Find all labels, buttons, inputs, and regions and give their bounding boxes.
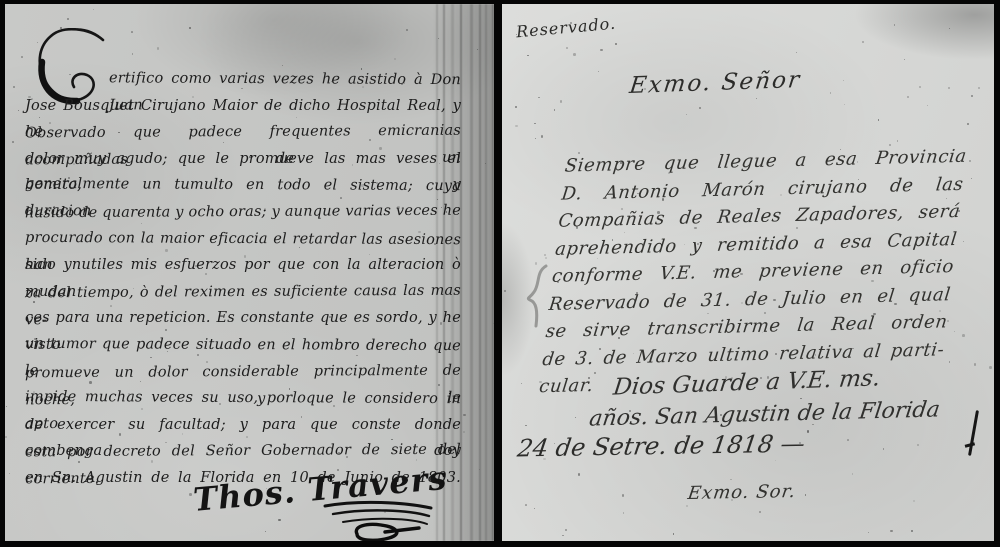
paper-speck xyxy=(525,504,527,506)
binding-gutter-shadow xyxy=(432,4,494,541)
manuscript-line: generalmente un tumulto en todo el siste… xyxy=(25,171,461,200)
paper-speck xyxy=(756,98,757,99)
scanned-manuscript-spread: ertifico como varias vezes he asistido à… xyxy=(0,0,1000,547)
paper-speck xyxy=(775,460,776,461)
paper-speck xyxy=(131,31,133,33)
pen-mark xyxy=(968,410,979,456)
paper-speck xyxy=(578,152,580,154)
paper-speck xyxy=(805,494,807,496)
paper-speck xyxy=(578,473,581,476)
paper-speck xyxy=(333,405,335,407)
paper-speck xyxy=(535,138,536,139)
paper-speck xyxy=(249,156,251,158)
paper-speck xyxy=(969,160,972,163)
paper-speck xyxy=(151,460,153,462)
manuscript-line: un tumor que padece situado en el hombro… xyxy=(25,331,461,360)
paper-speck xyxy=(720,414,722,416)
paper-speck xyxy=(69,74,70,75)
paper-speck xyxy=(565,529,567,531)
paper-speck xyxy=(189,27,191,29)
paper-speck xyxy=(13,86,15,88)
paper-speck xyxy=(538,97,539,98)
paper-speck xyxy=(927,105,929,107)
paper-speck xyxy=(878,119,880,121)
paper-speck xyxy=(673,533,674,534)
paper-speck xyxy=(543,458,545,460)
paper-speck xyxy=(93,9,94,10)
signature-rubric-flourish-icon xyxy=(323,498,435,541)
paper-speck xyxy=(962,334,965,337)
paper-speck xyxy=(830,92,832,94)
paper-speck xyxy=(731,80,732,81)
paper-speck xyxy=(338,452,340,454)
paper-speck xyxy=(50,399,51,400)
paper-speck xyxy=(493,323,494,324)
paper-speck xyxy=(329,316,331,318)
paper-speck xyxy=(195,265,197,267)
paper-speck xyxy=(197,354,199,356)
paper-speck xyxy=(686,505,688,507)
paper-speck xyxy=(636,292,638,294)
paper-speck xyxy=(974,363,977,366)
paper-speck xyxy=(599,348,601,350)
paper-speck xyxy=(894,303,896,305)
paper-speck xyxy=(897,140,899,142)
right-page-scan: Reservado. Exmo. Señor Siempre que llegu… xyxy=(502,4,994,541)
paper-speck xyxy=(67,18,69,20)
paper-speck xyxy=(562,535,564,537)
paper-speck xyxy=(573,53,576,56)
manuscript-line: Jose Bousquet Cirujano Maior de dicho Ho… xyxy=(25,93,461,120)
manuscript-line: ertifico como varias vezes he asistido à… xyxy=(25,65,461,94)
left-page-scan: ertifico como varias vezes he asistido à… xyxy=(5,4,494,541)
paper-speck xyxy=(873,313,875,315)
paper-speck xyxy=(868,532,869,533)
paper-speck xyxy=(376,182,378,184)
paper-speck xyxy=(254,315,256,317)
paper-speck xyxy=(165,249,167,251)
paper-speck xyxy=(340,197,342,199)
paper-speck xyxy=(775,353,777,355)
paper-speck xyxy=(289,388,290,389)
paper-speck xyxy=(807,430,810,433)
paper-speck xyxy=(948,87,950,89)
paper-speck xyxy=(725,376,727,378)
paper-speck xyxy=(243,398,245,400)
paper-speck xyxy=(560,100,563,103)
manuscript-line: Observado que padece frequentes emicrani… xyxy=(25,118,461,147)
paper-speck xyxy=(629,410,631,412)
manuscript-line: ces para una repeticion. Es constante qu… xyxy=(25,305,461,332)
closing-line-date: 24 de Setre. de 1818 — xyxy=(516,430,807,463)
paper-speck xyxy=(694,227,697,230)
paper-speck xyxy=(575,417,576,418)
paper-speck xyxy=(369,139,371,141)
paper-speck xyxy=(971,178,973,180)
paper-speck xyxy=(686,114,687,115)
paper-speck xyxy=(989,366,992,369)
paper-speck xyxy=(436,482,438,484)
paper-speck xyxy=(192,96,194,98)
paper-speck xyxy=(954,331,955,332)
paper-speck xyxy=(406,29,408,31)
paper-speck xyxy=(967,123,969,125)
paper-speck xyxy=(917,444,919,446)
manuscript-line: procurado con la maior eficacia el retar… xyxy=(25,224,461,253)
paper-speck xyxy=(800,398,802,400)
paper-speck xyxy=(890,530,892,532)
paper-speck xyxy=(265,531,266,532)
paper-speck xyxy=(566,47,568,49)
letter-text-block: Siempre que llegue a esa Provincia D. An… xyxy=(538,143,969,401)
manuscript-line: za del tiempo, ò del reximen es suficien… xyxy=(25,277,461,306)
paper-speck xyxy=(600,49,602,51)
paper-speck xyxy=(9,473,10,474)
paper-speck xyxy=(699,107,701,109)
paper-speck xyxy=(479,469,480,470)
paper-speck xyxy=(730,479,731,480)
paper-speck xyxy=(760,377,762,379)
paper-speck xyxy=(741,302,743,304)
paper-speck xyxy=(352,164,354,166)
paper-speck xyxy=(907,96,909,98)
paper-speck xyxy=(780,194,782,196)
paper-speck xyxy=(657,211,660,214)
paper-speck xyxy=(527,55,529,57)
paper-speck xyxy=(545,257,547,259)
paper-speck xyxy=(594,372,596,374)
paper-speck xyxy=(504,290,506,292)
paper-speck xyxy=(618,337,620,339)
paper-speck xyxy=(894,24,895,25)
paper-speck xyxy=(31,98,33,100)
paper-speck xyxy=(440,322,442,324)
paper-speck xyxy=(463,414,466,417)
paper-speck xyxy=(264,208,267,211)
manuscript-line: hasido de quarenta y ocho oras; y aunque… xyxy=(25,198,461,227)
paper-speck xyxy=(21,56,23,58)
paper-speck xyxy=(231,320,233,322)
paper-speck xyxy=(731,499,732,500)
paper-speck xyxy=(947,320,949,322)
paper-speck xyxy=(301,416,302,417)
paper-speck xyxy=(623,512,625,514)
paper-speck xyxy=(773,299,775,301)
paper-speck xyxy=(515,106,517,108)
paper-speck xyxy=(362,86,364,88)
paper-speck xyxy=(544,254,546,256)
paper-speck xyxy=(615,43,617,45)
paper-speck xyxy=(645,391,647,393)
paper-speck xyxy=(379,147,381,149)
paper-speck xyxy=(759,511,761,513)
paper-speck xyxy=(598,71,599,72)
paper-speck xyxy=(397,206,399,208)
paper-speck xyxy=(911,530,913,532)
manuscript-line: esta por decreto del Señor Gobernador de… xyxy=(25,437,461,466)
paper-speck xyxy=(521,36,522,37)
paper-speck xyxy=(534,123,536,125)
paper-speck xyxy=(132,53,134,55)
paper-speck xyxy=(438,384,439,385)
paper-speck xyxy=(843,80,844,81)
paper-speck xyxy=(157,47,159,49)
paper-speck xyxy=(418,231,421,234)
paper-speck xyxy=(622,494,625,497)
paper-speck xyxy=(576,226,578,228)
paper-speck xyxy=(597,258,598,259)
paper-speck xyxy=(862,41,865,44)
paper-speck xyxy=(33,301,35,303)
paper-speck xyxy=(919,86,921,88)
paper-speck xyxy=(206,361,208,363)
paper-speck xyxy=(913,500,915,502)
certificate-text-block: ertifico como varias vezes he asistido à… xyxy=(25,66,461,492)
paper-speck xyxy=(796,52,797,53)
paper-speck xyxy=(852,473,853,474)
paper-speck xyxy=(963,241,965,243)
paper-speck xyxy=(534,508,535,509)
paper-speck xyxy=(296,117,297,118)
paper-speck xyxy=(847,439,849,441)
paper-speck xyxy=(246,436,248,438)
paper-speck xyxy=(539,381,542,384)
paper-speck xyxy=(541,135,544,138)
paper-speck xyxy=(883,448,885,450)
paper-speck xyxy=(361,184,363,186)
addressee-line: Exmo. Sor. xyxy=(686,481,797,504)
paper-speck xyxy=(278,519,281,522)
paper-speck xyxy=(978,87,980,89)
manuscript-line: de exercer su facultad; y para que const… xyxy=(25,412,461,439)
paper-speck xyxy=(949,361,951,363)
paper-speck xyxy=(110,305,112,307)
paper-speck xyxy=(68,177,70,179)
paper-speck xyxy=(189,493,192,496)
paper-speck xyxy=(764,312,766,314)
paper-speck xyxy=(521,383,522,384)
paper-speck xyxy=(971,95,973,97)
paper-speck xyxy=(89,381,92,384)
paper-speck xyxy=(588,377,590,379)
paper-speck xyxy=(49,122,51,124)
paper-speck xyxy=(6,406,7,407)
paper-speck xyxy=(394,58,396,60)
paper-speck xyxy=(516,34,517,35)
paper-speck xyxy=(554,109,555,110)
paper-speck xyxy=(12,141,14,143)
paper-speck xyxy=(844,104,845,105)
manuscript-line: sido ynutiles mis esfuerzos por que con … xyxy=(25,252,461,279)
reservado-annotation: Reservado. xyxy=(515,14,616,42)
paper-speck xyxy=(554,443,555,444)
paper-speck xyxy=(904,59,905,60)
paper-speck xyxy=(949,28,950,29)
paper-speck xyxy=(515,125,518,128)
paper-speck xyxy=(662,198,665,201)
paper-speck xyxy=(857,161,858,162)
paper-speck xyxy=(5,436,7,438)
paper-speck xyxy=(525,425,526,426)
paper-speck xyxy=(18,110,19,111)
salutation-heading: Exmo. Señor xyxy=(628,67,803,99)
paper-speck xyxy=(463,431,465,433)
closing-line: años. San Agustin de la Florida xyxy=(588,397,942,431)
